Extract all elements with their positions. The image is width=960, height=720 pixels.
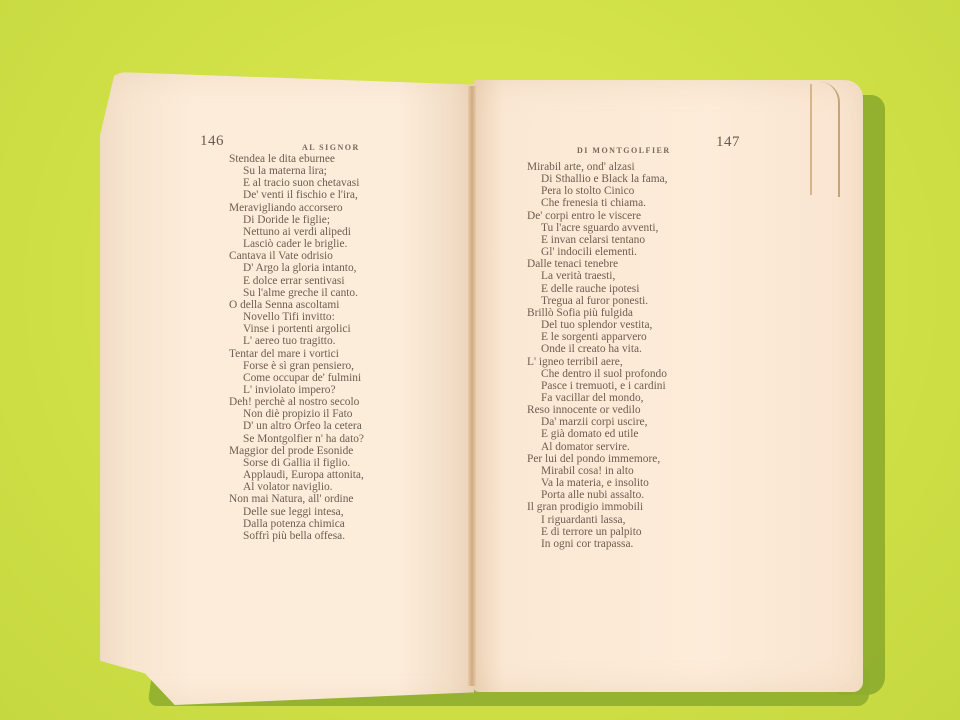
verse-line: Mirabil arte, ond' alzasi — [527, 161, 668, 173]
verse-line: Maggior del prode Esonide — [229, 445, 364, 457]
verse-line: O della Senna ascoltami — [229, 299, 364, 311]
verse-line: Su la materna lira; — [229, 165, 364, 177]
right-poem-text: Mirabil arte, ond' alzasiDi Sthallio e B… — [527, 161, 668, 550]
verse-line: D' Argo la gloria intanto, — [229, 262, 364, 274]
verse-line: Di Doride le figlie; — [229, 214, 364, 226]
verse-line: Delle sue leggi intesa, — [229, 506, 364, 518]
verse-line: E invan celarsi tentano — [527, 234, 668, 246]
verse-line: D' un altro Orfeo la cetera — [229, 420, 364, 432]
verse-line: In ogni cor trapassa. — [527, 538, 668, 550]
verse-line: La verità traesti, — [527, 270, 668, 282]
verse-line: Pera lo stolto Cinico — [527, 185, 668, 197]
verse-line: Applaudi, Europa attonita, — [229, 469, 364, 481]
verse-line: Da' marzii corpi uscire, — [527, 416, 668, 428]
verse-line: E dolce errar sentivasi — [229, 275, 364, 287]
left-running-head: AL SIGNOR — [302, 143, 360, 152]
verse-line: Su l'alme greche il canto. — [229, 287, 364, 299]
verse-line: Soffrì più bella offesa. — [229, 530, 364, 542]
verse-line: Fa vacillar del mondo, — [527, 392, 668, 404]
verse-line: L' aereo tuo tragitto. — [229, 335, 364, 347]
verse-line: De' venti il fischio e l'ira, — [229, 189, 364, 201]
verse-line: Tu l'acre sguardo avventi, — [527, 222, 668, 234]
page-edges-stack — [812, 82, 840, 197]
verse-line: L' igneo terribil aere, — [527, 356, 668, 368]
verse-line: Tentar del mare i vortici — [229, 348, 364, 360]
verse-line: Deh! perchè al nostro secolo — [229, 396, 364, 408]
verse-line: Che frenesia ti chiama. — [527, 197, 668, 209]
verse-line: Brillò Sofia più fulgida — [527, 307, 668, 319]
verse-line: Il gran prodigio immobili — [527, 501, 668, 513]
verse-line: Come occupar de' fulmini — [229, 372, 364, 384]
verse-line: Reso innocente or vedilo — [527, 404, 668, 416]
verse-line: Se Montgolfier n' ha dato? — [229, 433, 364, 445]
verse-line: Forse è sì gran pensiero, — [229, 360, 364, 372]
verse-line: Novello Tifi invitto: — [229, 311, 364, 323]
verse-line: E di terrore un palpito — [527, 526, 668, 538]
verse-line: E delle rauche ipotesi — [527, 283, 668, 295]
verse-line: Tregua al furor ponesti. — [527, 295, 668, 307]
verse-line: Gl' indocili elementi. — [527, 246, 668, 258]
verse-line: Va la materia, e insolito — [527, 477, 668, 489]
verse-line: Dalla potenza chimica — [229, 518, 364, 530]
right-running-head: DI MONTGOLFIER — [577, 146, 671, 155]
verse-line: Stendea le dita eburnee — [229, 153, 364, 165]
verse-line: Di Sthallio e Black la fama, — [527, 173, 668, 185]
verse-line: Pasce i tremuoti, e i cardini — [527, 380, 668, 392]
verse-line: E al tracio suon chetavasi — [229, 177, 364, 189]
verse-line: Porta alle nubi assalto. — [527, 489, 668, 501]
verse-line: Lasciò cader le briglie. — [229, 238, 364, 250]
verse-line: E già domato ed utile — [527, 428, 668, 440]
verse-line: Che dentro il suol profondo — [527, 368, 668, 380]
verse-line: Mirabil cosa! in alto — [527, 465, 668, 477]
verse-line: Onde il creato ha vita. — [527, 343, 668, 355]
verse-line: Vinse i portenti argolici — [229, 323, 364, 335]
verse-line: Cantava il Vate odrisio — [229, 250, 364, 262]
verse-line: Meravigliando accorsero — [229, 202, 364, 214]
verse-line: Nettuno ai verdi alipedi — [229, 226, 364, 238]
verse-line: I riguardanti lassa, — [527, 514, 668, 526]
left-poem-text: Stendea le dita eburneeSu la materna lir… — [229, 153, 364, 542]
verse-line: Al volator naviglio. — [229, 481, 364, 493]
verse-line: De' corpi entro le viscere — [527, 210, 668, 222]
verse-line: Al domator servire. — [527, 441, 668, 453]
verse-line: Del tuo splendor vestita, — [527, 319, 668, 331]
verse-line: Per lui del pondo immemore, — [527, 453, 668, 465]
left-page-number: 146 — [200, 133, 224, 150]
right-page-number: 147 — [716, 134, 740, 151]
verse-line: E le sorgenti apparvero — [527, 331, 668, 343]
verse-line: Dalle tenaci tenebre — [527, 258, 668, 270]
book-gutter — [468, 86, 476, 686]
verse-line: Sorse di Gallia il figlio. — [229, 457, 364, 469]
verse-line: Non diè propizio il Fato — [229, 408, 364, 420]
verse-line: L' inviolato impero? — [229, 384, 364, 396]
verse-line: Non mai Natura, all' ordine — [229, 493, 364, 505]
